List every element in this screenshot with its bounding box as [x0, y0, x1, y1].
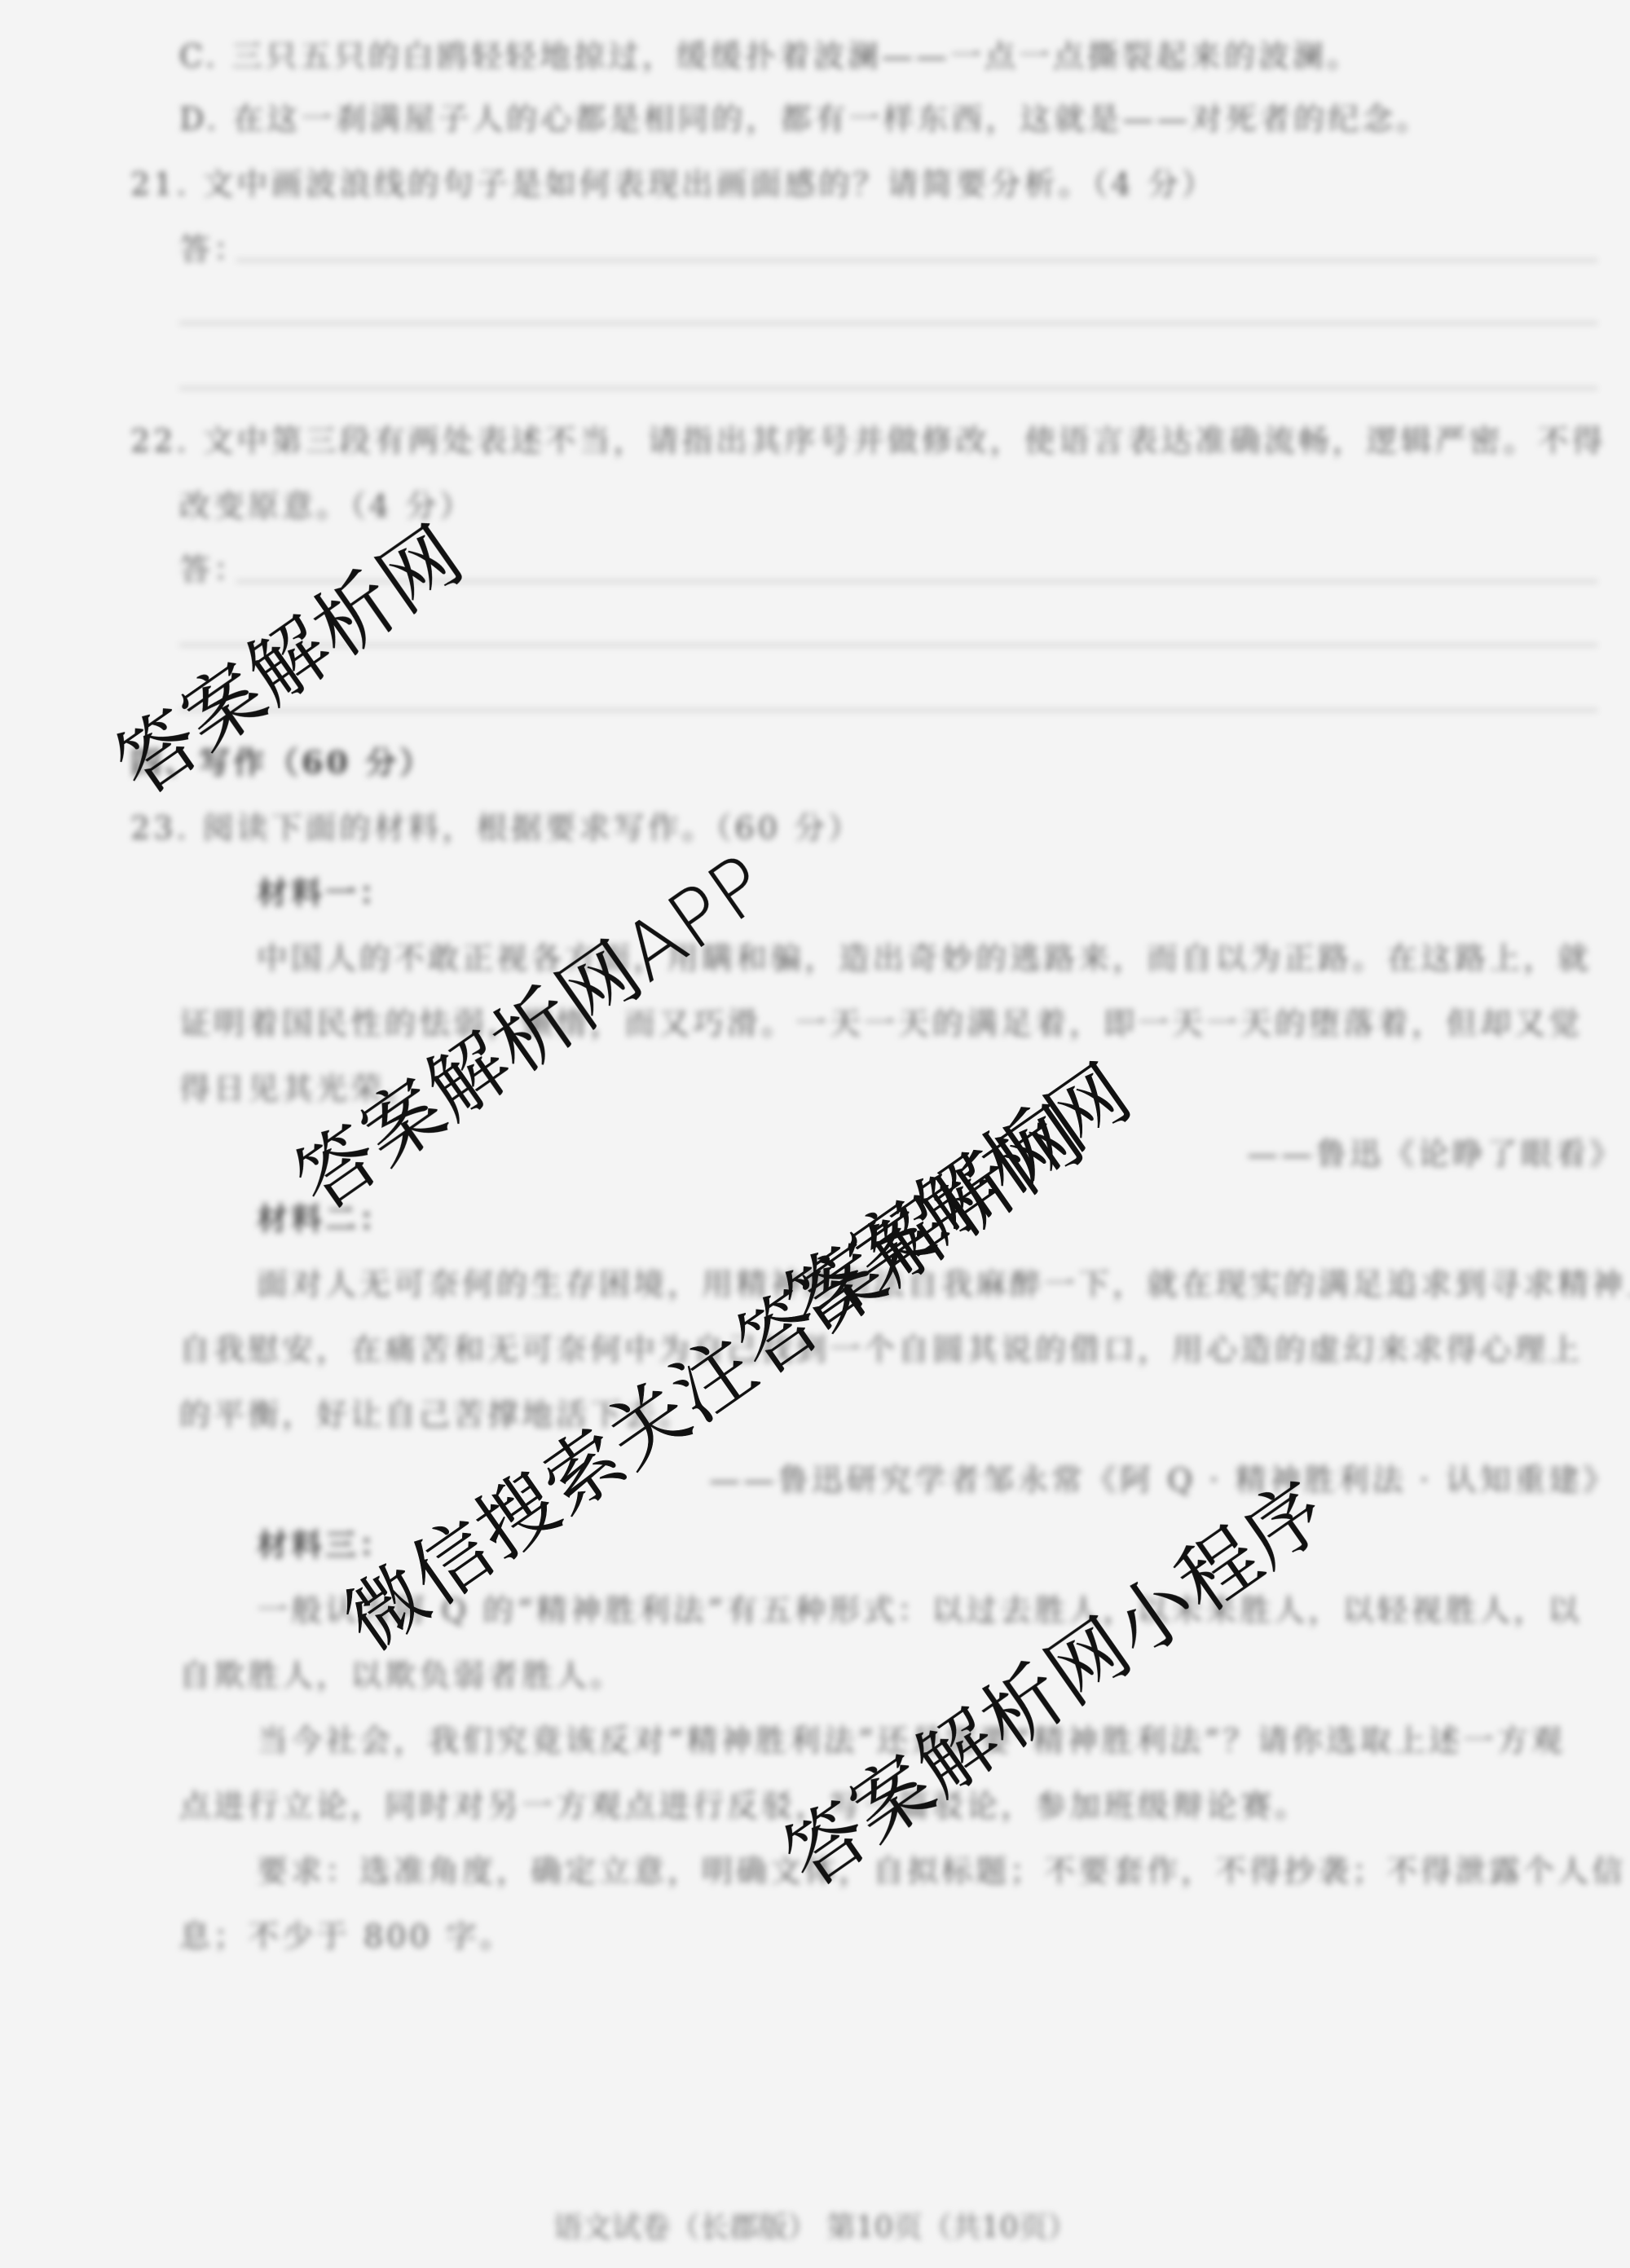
answer-line	[179, 387, 1597, 390]
text-line: ——鲁迅研究学者邹永常《阿 Q · 精神胜利法 · 认知重建》	[709, 1455, 1617, 1500]
page-footer: 语文试卷（长郡版） 第10页（共10页）	[0, 2204, 1630, 2246]
text-line: C. 三只五只的白鸥轻轻地掠过，缓缓扑着波澜——一点一点撕裂起来的波澜。	[179, 31, 1361, 76]
answer-line	[179, 322, 1597, 324]
answer-line	[236, 259, 1597, 262]
text-line: 材料一：	[257, 868, 394, 913]
text-line: 答：	[179, 224, 248, 269]
text-line: 要求：选准角度，确定立意，明确文体，自拟标题；不要套作，不得抄袭；不得泄露个人信	[257, 1846, 1626, 1891]
answer-line	[179, 709, 1597, 711]
text-line: 自我慰安，在痛苦和无可奈何中为自己找到一个自圆其说的借口，用心造的虚幻来求得心理…	[179, 1324, 1583, 1369]
text-line: 证明着国民性的怯弱，懒惰，而又巧滑。一天一天的满足着，即一天一天的堕落着，但却又…	[179, 998, 1583, 1043]
text-line: 21. 文中画波浪线的句子是如何表现出画面感的？请简要分析。（4 分）	[130, 159, 1216, 204]
text-line: 息；不少于 800 字。	[179, 1911, 514, 1956]
text-line: 23. 阅读下面的材料，根据要求写作。（60 分）	[130, 803, 862, 848]
text-line: ——鲁迅《论睁了眼看》	[1247, 1129, 1623, 1174]
exam-page: C. 三只五只的白鸥轻轻地掠过，缓缓扑着波澜——一点一点撕裂起来的波澜。D. 在…	[0, 0, 1630, 2268]
text-line: 点进行立论，同时对另一方观点进行反驳，写一篇驳论，参加班级辩论赛。	[179, 1781, 1309, 1825]
text-line: 22. 文中第三段有两处表述不当，请指出其序号并做修改，使语言表达准确流畅，逻辑…	[130, 416, 1606, 460]
text-line: D. 在这一刹满屋子人的心都是相同的，都有一样东西，这就是——对死者的纪念。	[179, 94, 1430, 139]
text-line: 中国人的不敢正视各方面，用瞒和骗，造出奇妙的逃路来，而自以为正路。在这路上，就	[257, 933, 1592, 978]
